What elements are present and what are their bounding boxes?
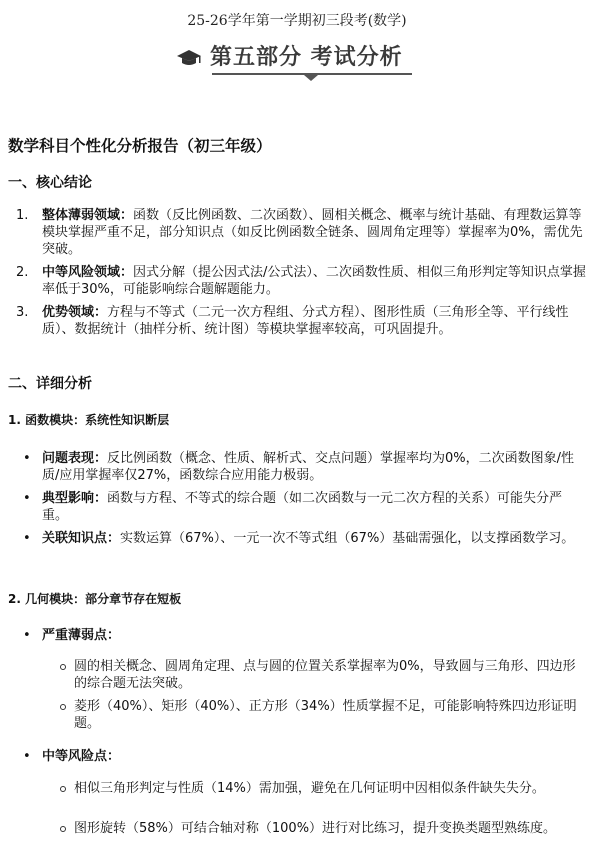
item-text: 菱形（40%）、矩形（40%）、正方形（34%）性质掌握不足，可能影响特殊四边形…	[74, 698, 580, 732]
item-text: 圆的相关概念、圆周角定理、点与圆的位置关系掌握率为0%，导致圆与三角形、四边形的…	[74, 658, 580, 692]
item-label: 问题表现：	[42, 451, 107, 466]
list-number: 2.	[16, 264, 28, 281]
bullet-dot: •	[23, 748, 31, 765]
item-text: 相似三角形判定与性质（14%）需加强，避免在几何证明中因相似条件缺失失分。	[74, 780, 580, 797]
sub-bullet-item: 圆的相关概念、圆周角定理、点与圆的位置关系掌握率为0%，导致圆与三角形、四边形的…	[0, 658, 594, 698]
sub-bullet-item: 相似三角形判定与性质（14%）需加强，避免在几何证明中因相似条件缺失失分。	[0, 780, 594, 820]
item-label: 整体薄弱领域：	[42, 208, 133, 223]
subsection-heading-geometry: 2. 几何模块：部分章节存在短板	[8, 590, 181, 607]
banner-pointer-triangle	[304, 75, 318, 81]
item-text: 图形旋转（58%）可结合轴对称（100%）进行对比练习，提升变换类题型熟练度。	[74, 820, 580, 837]
bullet-item: • 关联知识点：实数运算（67%）、一元一次不等式组（67%）基础需强化，以支撑…	[0, 530, 594, 570]
bullet-dot: •	[23, 450, 31, 467]
section-heading-core-conclusions: 一、核心结论	[8, 172, 92, 192]
sub-bullet-item: 图形旋转（58%）可结合轴对称（100%）进行对比练习，提升变换类题型熟练度。	[0, 820, 594, 860]
graduation-cap-icon	[176, 48, 202, 68]
geometry-bullets: • 严重薄弱点： 圆的相关概念、圆周角定理、点与圆的位置关系掌握率为0%，导致圆…	[0, 627, 594, 860]
functions-bullets: • 问题表现：反比例函数（概念、性质、解析式、交点问题）掌握率均为0%，二次函数…	[0, 450, 594, 570]
bullet-dot: •	[23, 627, 31, 644]
item-text: 方程与不等式（二元一次方程组、分式方程）、图形性质（三角形全等、平行线性质）、数…	[42, 305, 569, 337]
list-number: 1.	[16, 207, 28, 224]
group-label: 中等风险点：	[42, 749, 120, 764]
list-number: 3.	[16, 304, 28, 321]
exam-title: 25-26学年第一学期初三段考(数学)	[0, 10, 594, 30]
list-item: 1. 整体薄弱领域：函数（反比例函数、二次函数）、圆相关概念、概率与统计基础、有…	[0, 207, 594, 264]
hollow-bullet	[60, 786, 66, 792]
core-conclusions-list: 1. 整体薄弱领域：函数（反比例函数、二次函数）、圆相关概念、概率与统计基础、有…	[0, 207, 594, 361]
group-label: 严重薄弱点：	[42, 628, 120, 643]
item-text: 反比例函数（概念、性质、解析式、交点问题）掌握率均为0%，二次函数图象/性质/应…	[42, 451, 574, 483]
item-text: 实数运算（67%）、一元一次不等式组（67%）基础需强化，以支撑函数学习。	[120, 531, 574, 546]
item-label: 关联知识点：	[42, 531, 120, 546]
hollow-bullet	[60, 664, 66, 670]
section-banner: 第五部分 考试分析	[176, 40, 416, 80]
item-label: 典型影响：	[42, 491, 107, 506]
item-text: 函数与方程、不等式的综合题（如二次函数与一元二次方程的关系）可能失分严重。	[42, 491, 562, 523]
bullet-item: • 问题表现：反比例函数（概念、性质、解析式、交点问题）掌握率均为0%，二次函数…	[0, 450, 594, 490]
bullet-item: • 严重薄弱点：	[0, 627, 594, 658]
hollow-bullet	[60, 704, 66, 710]
list-item: 3. 优势领域：方程与不等式（二元一次方程组、分式方程）、图形性质（三角形全等、…	[0, 304, 594, 361]
item-label: 中等风险领域：	[42, 265, 133, 280]
list-item: 2. 中等风险领域：因式分解（提公因式法/公式法）、二次函数性质、相似三角形判定…	[0, 264, 594, 304]
subsection-heading-functions: 1. 函数模块：系统性知识断层	[8, 411, 169, 428]
report-title: 数学科目个性化分析报告（初三年级）	[8, 134, 272, 156]
bullet-item: • 中等风险点：	[0, 748, 594, 780]
bullet-dot: •	[23, 490, 31, 507]
item-label: 优势领域：	[42, 305, 107, 320]
bullet-dot: •	[23, 530, 31, 547]
section-heading-detailed-analysis: 二、详细分析	[8, 373, 92, 393]
bullet-item: • 典型影响：函数与方程、不等式的综合题（如二次函数与一元二次方程的关系）可能失…	[0, 490, 594, 530]
hollow-bullet	[60, 826, 66, 832]
banner-title: 第五部分 考试分析	[210, 40, 403, 71]
sub-bullet-item: 菱形（40%）、矩形（40%）、正方形（34%）性质掌握不足，可能影响特殊四边形…	[0, 698, 594, 748]
